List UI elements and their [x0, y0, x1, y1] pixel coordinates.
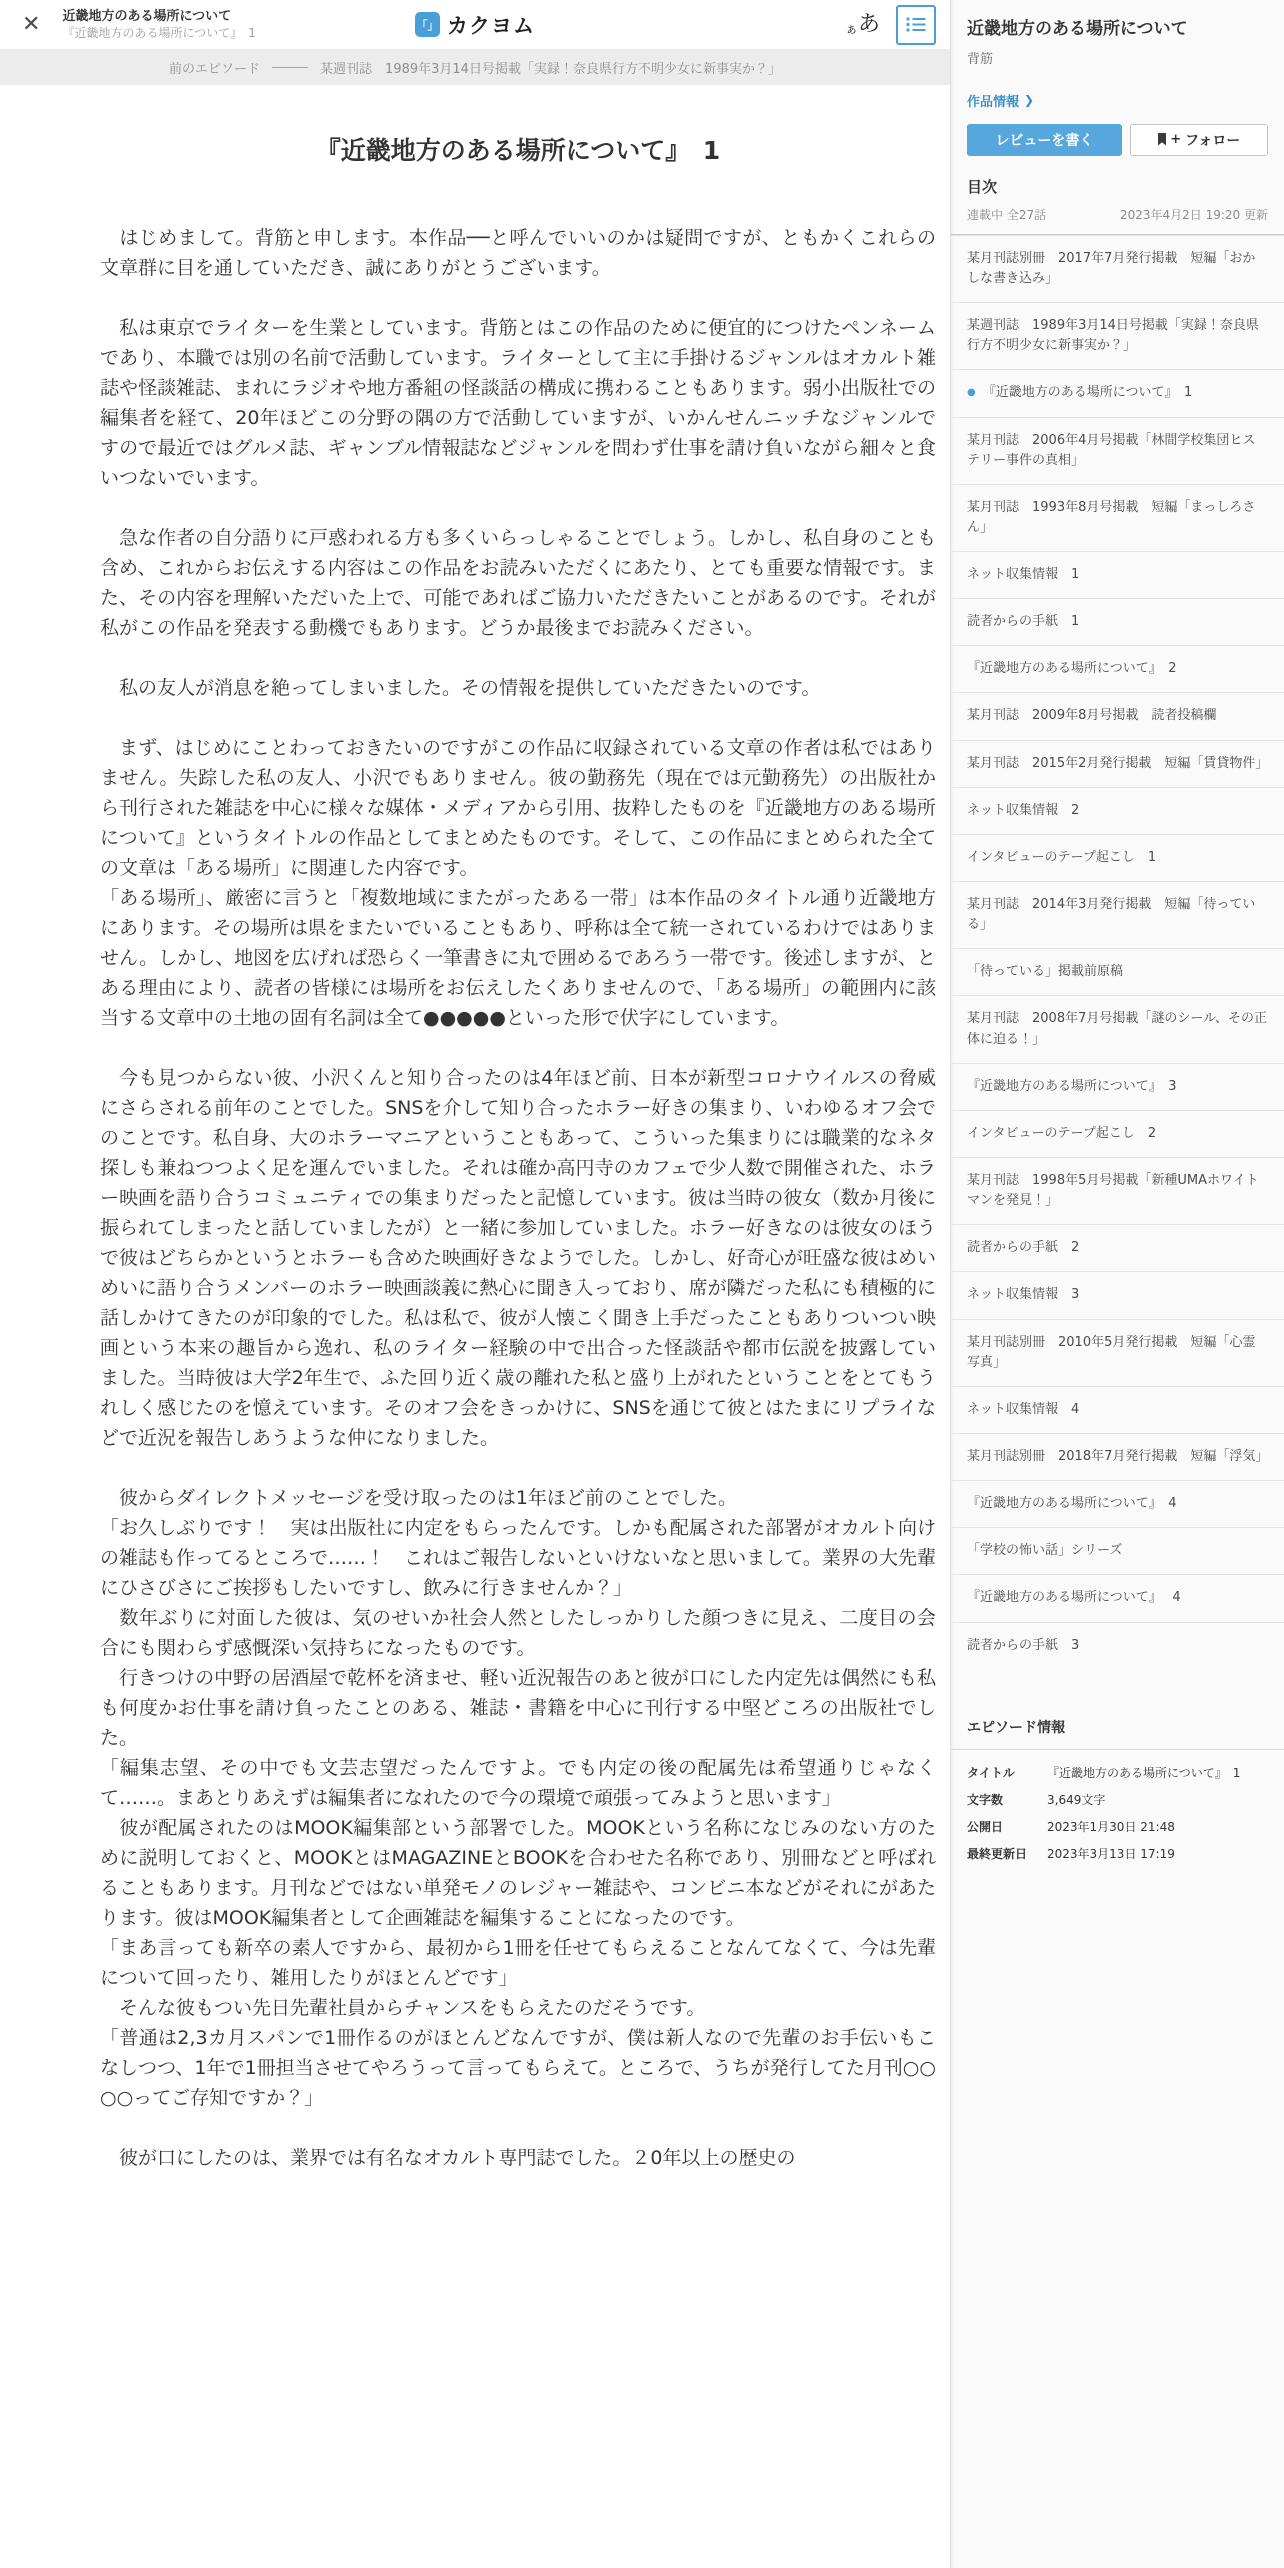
toc-item[interactable]: ●「待っている」掲載前原稿 [951, 948, 1284, 995]
episode-info: タイトル 『近畿地方のある場所について』 1 文字数 3,649文字 公開日 2… [951, 1750, 1284, 1863]
toc-item[interactable]: ●『近畿地方のある場所について』 4 [951, 1574, 1284, 1621]
toc-list: ●某月刊誌別冊 2017年7月発行掲載 短編「おかしな書き込み」 ●某週刊誌 1… [951, 234, 1284, 1669]
paragraph: 「ある場所」、厳密に言うと「複数地域にまたがったある一帯」は本作品のタイトル通り… [100, 883, 936, 1033]
info-value: 2023年1月30日 21:48 [1047, 1818, 1268, 1836]
episode-info-row: 文字数 3,649文字 [967, 1791, 1268, 1809]
toc-item[interactable]: ●ネット収集情報 2 [951, 787, 1284, 834]
toc-item-label: 某月刊誌別冊 2010年5月発行掲載 短編「心霊写真」 [967, 1335, 1255, 1370]
toc-item-label: 某月刊誌 2015年2月発行掲載 短編「賃貸物件」 [967, 756, 1268, 771]
toc-item[interactable]: ●ネット収集情報 1 [951, 551, 1284, 598]
toc-item[interactable]: ●某月刊誌 2009年8月号掲載 読者投稿欄 [951, 692, 1284, 739]
toc-item-label: 某月刊誌 2008年7月号掲載「謎のシール、その正体に迫る！」 [967, 1011, 1267, 1046]
toc-item-label: 某月刊誌 1998年5月号掲載「新種UMAホワイトマンを発見！」 [967, 1173, 1259, 1208]
follow-button[interactable]: + フォロー [1130, 124, 1268, 156]
toc-item-label: 「学校の怖い話」シリーズ [967, 1543, 1122, 1558]
episode-info-row: 公開日 2023年1月30日 21:48 [967, 1818, 1268, 1836]
toc-toggle-button[interactable] [896, 5, 936, 45]
kakuyomu-logo-text: カクヨム [447, 10, 535, 40]
toc-item[interactable]: ●某月刊誌 1993年8月号掲載 短編「まっしろさん」 [951, 484, 1284, 551]
close-icon[interactable]: ✕ [22, 14, 40, 36]
toc-item[interactable]: ●ネット収集情報 3 [951, 1271, 1284, 1318]
follow-label: フォロー [1185, 130, 1240, 150]
paragraph: まず、はじめにことわっておきたいのですがこの作品に収録されている文章の作者は私で… [100, 733, 936, 883]
paragraph: 彼からダイレクトメッセージを受け取ったのは1年ほど前のことでした。 [100, 1483, 936, 1513]
toc-item-label: 『近畿地方のある場所について』 1 [983, 385, 1193, 400]
toc-item-label: 某月刊誌別冊 2017年7月発行掲載 短編「おかしな書き込み」 [967, 251, 1255, 286]
write-review-button[interactable]: レビューを書く [967, 124, 1122, 156]
sidebar-work-title: 近畿地方のある場所について [967, 0, 1268, 42]
info-label: 最終更新日 [967, 1845, 1047, 1863]
paragraph: 今も見つからない彼、小沢くんと知り合ったのは4年ほど前、日本が新型コロナウイルス… [100, 1063, 936, 1453]
kakuyomu-episode-page: ✕ 近畿地方のある場所について 『近畿地方のある場所について』 1 「」 カクヨ… [0, 0, 1284, 2568]
toc-item-label: 『近畿地方のある場所について』 2 [967, 661, 1177, 676]
font-size-large-glyph: あ [858, 14, 880, 36]
toc-item-label: 読者からの手紙 3 [967, 1638, 1079, 1653]
toc-item[interactable]: ●某月刊誌 1998年5月号掲載「新種UMAホワイトマンを発見！」 [951, 1157, 1284, 1224]
divider-dash [272, 67, 308, 68]
toc-meta: 連載中 全27話 2023年4月2日 19:20 更新 [967, 206, 1268, 234]
paragraph: 行きつけの中野の居酒屋で乾杯を済ませ、軽い近況報告のあと彼が口にした内定先は偶然… [100, 1663, 936, 1753]
toc-item-label: インタビューのテープ起こし 1 [967, 850, 1156, 865]
sidebar-author: 背筋 [967, 48, 1268, 67]
work-info-label: 作品情報 [967, 91, 1019, 110]
paragraph: 「普通は2,3カ月スパンで1冊作るのがほとんどなんですが、僕は新人なので先輩のお… [100, 2023, 936, 2113]
paragraph: そんな彼もつい先日先輩社員からチャンスをもらえたのだそうです。 [100, 1993, 936, 2023]
episode-article: 『近畿地方のある場所について』 1 はじめまして。背筋と申します。本作品──と呼… [100, 131, 936, 2173]
toc-item-label: 読者からの手紙 1 [967, 614, 1079, 629]
toc-item-label: 某月刊誌別冊 2018年7月発行掲載 短編「浮気」 [967, 1449, 1268, 1464]
paragraph: 私は東京でライターを生業としています。背筋とはこの作品のために便宜的につけたペン… [100, 313, 936, 493]
header-actions: ぁあ [845, 5, 936, 45]
episode-info-row: 最終更新日 2023年3月13日 17:19 [967, 1845, 1268, 1863]
toc-item[interactable]: ●インタビューのテープ起こし 1 [951, 834, 1284, 881]
toc-item[interactable]: ●某月刊誌別冊 2018年7月発行掲載 短編「浮気」 [951, 1433, 1284, 1480]
reader-header: ✕ 近畿地方のある場所について 『近畿地方のある場所について』 1 「」 カクヨ… [0, 0, 950, 49]
font-size-small-glyph: ぁ [845, 23, 858, 36]
toc-item-label: 『近畿地方のある場所について』 4 [967, 1590, 1181, 1605]
breadcrumb-work-title: 近畿地方のある場所について [62, 8, 255, 26]
serial-status: 連載中 全27話 [967, 206, 1046, 223]
bookmark-icon [1157, 133, 1167, 146]
paragraph: はじめまして。背筋と申します。本作品──と呼んでいいのかは疑問ですが、ともかくこ… [100, 223, 936, 283]
info-value: 『近畿地方のある場所について』 1 [1047, 1764, 1268, 1782]
toc-item[interactable]: ●ネット収集情報 4 [951, 1386, 1284, 1433]
episode-info-heading: エピソード情報 [951, 1707, 1284, 1750]
toc-item[interactable]: ●読者からの手紙 2 [951, 1224, 1284, 1271]
prev-episode-title: 某週刊誌 1989年3月14日号掲載「実録！奈良県行方不明少女に新事実か？」 [320, 58, 781, 77]
prev-episode-label: 前のエピソード [169, 58, 260, 77]
main-column: ✕ 近畿地方のある場所について 『近畿地方のある場所について』 1 「」 カクヨ… [0, 0, 950, 2568]
toc-item-label: ネット収集情報 3 [967, 1287, 1079, 1302]
toc-item-label: 読者からの手紙 2 [967, 1240, 1079, 1255]
toc-list-icon [906, 16, 926, 33]
toc-item[interactable]: ●某月刊誌 2006年4月号掲載「林間学校集団ヒステリー事件の真相」 [951, 417, 1284, 484]
toc-item[interactable]: ●某月刊誌 2008年7月号掲載「謎のシール、その正体に迫る！」 [951, 995, 1284, 1062]
breadcrumb-episode-title: 『近畿地方のある場所について』 1 [62, 25, 255, 41]
toc-item[interactable]: ●某月刊誌 2015年2月発行掲載 短編「賃貸物件」 [951, 740, 1284, 787]
toc-item[interactable]: ●某月刊誌 2014年3月発行掲載 短編「待っている」 [951, 881, 1284, 948]
toc-item[interactable]: ●『近畿地方のある場所について』 1 [951, 369, 1284, 416]
prev-episode-bar[interactable]: 前のエピソード 某週刊誌 1989年3月14日号掲載「実録！奈良県行方不明少女に… [0, 49, 950, 85]
toc-item[interactable]: ●某月刊誌別冊 2017年7月発行掲載 短編「おかしな書き込み」 [951, 235, 1284, 302]
toc-item-label: 某月刊誌 2014年3月発行掲載 短編「待っている」 [967, 897, 1255, 932]
info-value: 2023年3月13日 17:19 [1047, 1845, 1268, 1863]
toc-item-label: 某月刊誌 1993年8月号掲載 短編「まっしろさん」 [967, 500, 1255, 535]
toc-item[interactable]: ●某月刊誌別冊 2010年5月発行掲載 短編「心霊写真」 [951, 1319, 1284, 1386]
episode-body: はじめまして。背筋と申します。本作品──と呼んでいいのかは疑問ですが、ともかくこ… [100, 223, 936, 2173]
toc-item[interactable]: ●インタビューのテープ起こし 2 [951, 1110, 1284, 1157]
kakuyomu-logo-icon: 「」 [415, 12, 440, 37]
toc-item-label: ネット収集情報 1 [967, 567, 1079, 582]
paragraph: 数年ぶりに対面した彼は、気のせいか社会人然としたしっかりした顔つきに見え、二度目… [100, 1603, 936, 1663]
toc-item[interactable]: ●「学校の怖い話」シリーズ [951, 1527, 1284, 1574]
toc-item[interactable]: ●『近畿地方のある場所について』 2 [951, 645, 1284, 692]
toc-item-label: 『近畿地方のある場所について』 4 [967, 1496, 1177, 1511]
paragraph: 彼が口にしたのは、業界では有名なオカルト専門誌でした。２0年以上の歴史の [100, 2143, 936, 2173]
toc-item-label: ネット収集情報 4 [967, 1402, 1079, 1417]
info-label: タイトル [967, 1764, 1047, 1782]
chevron-right-icon: ❯ [1024, 93, 1034, 107]
toc-item[interactable]: ●読者からの手紙 3 [951, 1622, 1284, 1669]
last-updated: 2023年4月2日 19:20 更新 [1120, 206, 1268, 223]
plus-glyph: + [1170, 132, 1181, 147]
toc-item-label: 「待っている」掲載前原稿 [967, 964, 1123, 979]
paragraph: 「まあ言っても新卒の素人ですから、最初から1冊を任せてもらえることなんてなくて、… [100, 1933, 936, 1993]
work-info-link[interactable]: 作品情報 ❯ [967, 91, 1268, 110]
toc-sidebar: 近畿地方のある場所について 背筋 作品情報 ❯ レビューを書く + フォロー 目… [950, 0, 1284, 2568]
episode-info-row: タイトル 『近畿地方のある場所について』 1 [967, 1764, 1268, 1782]
info-value: 3,649文字 [1047, 1791, 1268, 1809]
current-episode-dot-icon: ● [967, 387, 976, 398]
toc-item-label: ネット収集情報 2 [967, 803, 1079, 818]
toc-item[interactable]: ●某週刊誌 1989年3月14日号掲載「実録！奈良県行方不明少女に新事実か？」 [951, 302, 1284, 369]
kakuyomu-logo[interactable]: 「」 カクヨム [415, 10, 535, 40]
toc-item-label: 某月刊誌 2006年4月号掲載「林間学校集団ヒステリー事件の真相」 [967, 433, 1255, 468]
info-label: 公開日 [967, 1818, 1047, 1836]
paragraph: 彼が配属されたのはMOOK編集部という部署でした。MOOKという名称になじみのな… [100, 1813, 936, 1933]
font-size-icon[interactable]: ぁあ [845, 14, 880, 36]
paragraph: 「お久しぶりです！ 実は出版社に内定をもらったんです。しかも配属された部署がオカ… [100, 1513, 936, 1603]
breadcrumb: 近畿地方のある場所について 『近畿地方のある場所について』 1 [62, 8, 255, 42]
toc-item[interactable]: ●読者からの手紙 1 [951, 598, 1284, 645]
toc-item[interactable]: ●『近畿地方のある場所について』 4 [951, 1480, 1284, 1527]
sidebar-actions: レビューを書く + フォロー [967, 124, 1268, 156]
paragraph: 急な作者の自分語りに戸惑われる方も多くいらっしゃることでしょう。しかし、私自身の… [100, 523, 936, 643]
toc-item-label: 『近畿地方のある場所について』 3 [967, 1079, 1177, 1094]
toc-item-label: 某月刊誌 2009年8月号掲載 読者投稿欄 [967, 708, 1216, 723]
toc-item[interactable]: ●『近畿地方のある場所について』 3 [951, 1063, 1284, 1110]
toc-item-label: 某週刊誌 1989年3月14日号掲載「実録！奈良県行方不明少女に新事実か？」 [967, 318, 1259, 353]
paragraph: 「編集志望、その中でも文芸志望だったんですよ。でも内定の後の配属先は希望通りじゃ… [100, 1753, 936, 1813]
toc-item-label: インタビューのテープ起こし 2 [967, 1126, 1156, 1141]
paragraph: 私の友人が消息を絶ってしまいました。その情報を提供していただきたいのです。 [100, 673, 936, 703]
toc-heading: 目次 [967, 176, 1268, 197]
info-label: 文字数 [967, 1791, 1047, 1809]
episode-title: 『近畿地方のある場所について』 1 [100, 131, 936, 167]
